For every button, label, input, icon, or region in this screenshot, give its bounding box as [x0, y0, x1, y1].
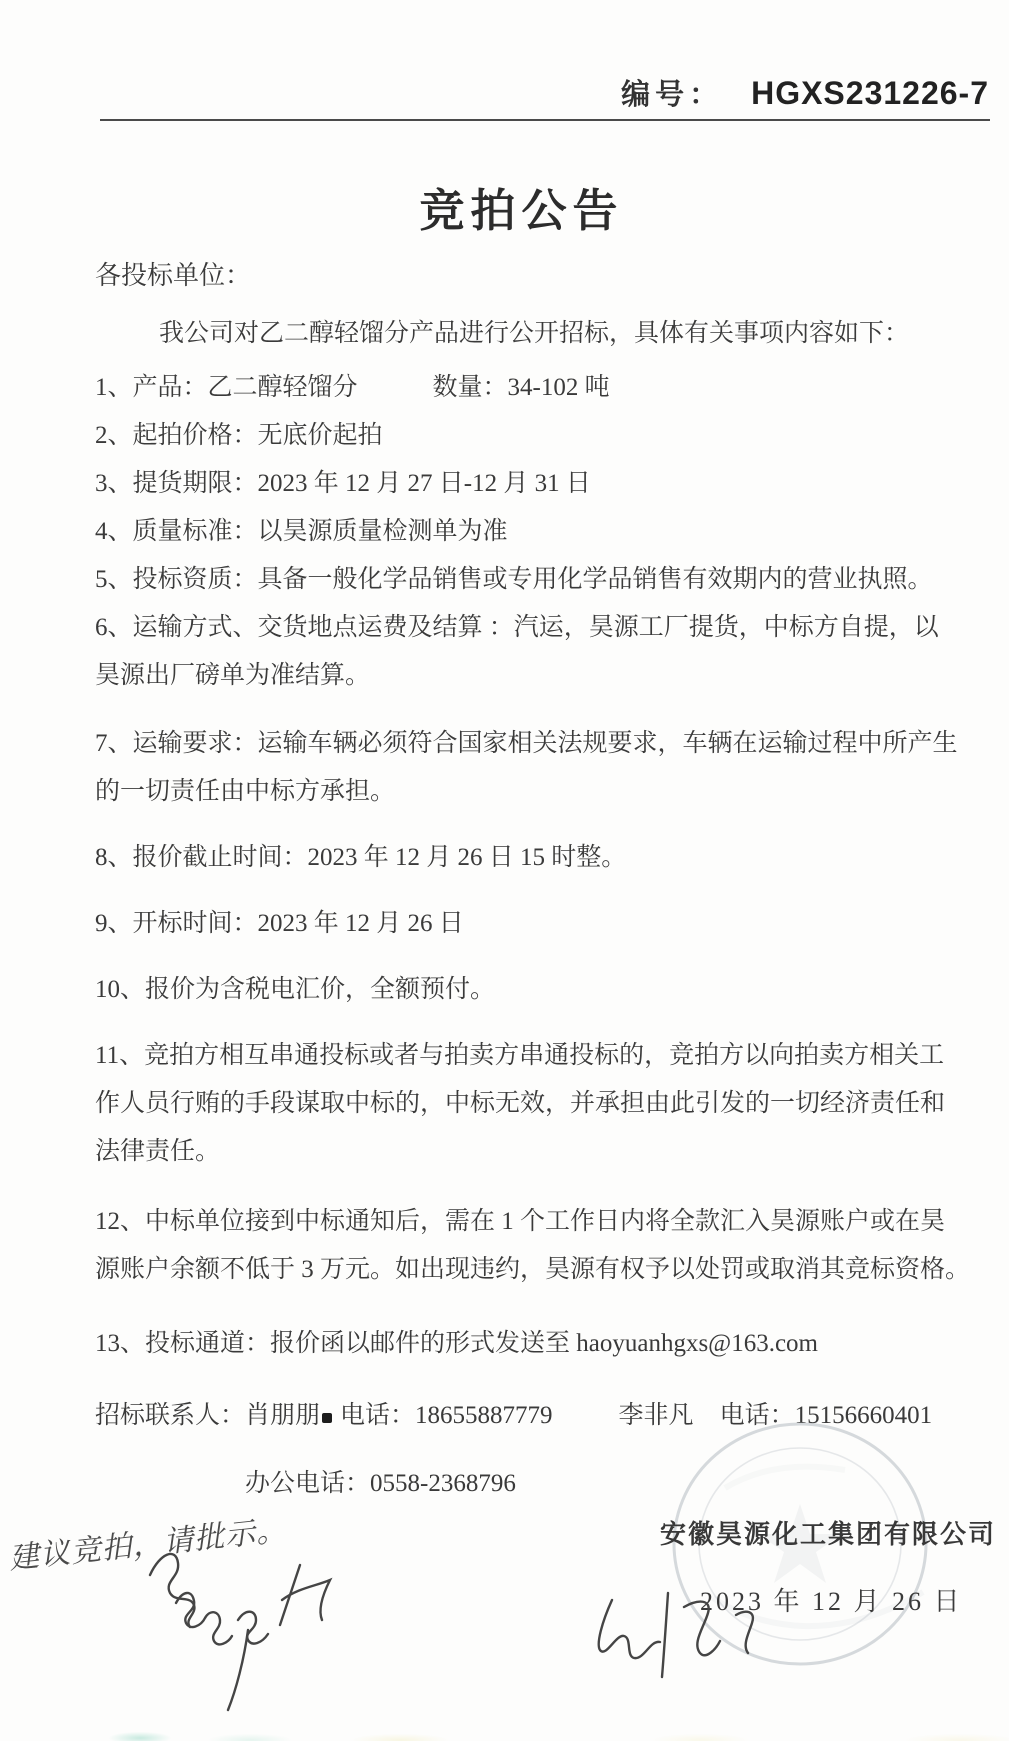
salutation: 各投标单位：	[95, 252, 1000, 300]
body-line-item12a: 12、中标单位接到中标通知后，需在 1 个工作日内将全款汇入昊源账户或在昊	[95, 1198, 1000, 1246]
body-line-item1: 1、产品：乙二醇轻馏分 数量：34-102 吨	[95, 364, 1000, 412]
bottom-scan-strip	[0, 1731, 1009, 1741]
body-line-item8: 8、报价截止时间：2023 年 12 月 26 日 15 时整。	[95, 834, 1000, 882]
office-phone-number: 0558-2368796	[370, 1470, 516, 1497]
header-divider-rule	[100, 119, 990, 121]
body-line-item6a: 6、运输方式、交货地点运费及结算 ：汽运，昊源工厂提货，中标方自提，以	[95, 604, 1000, 652]
body-line-item4: 4、质量标准：以昊源质量检测单为准	[95, 508, 1000, 556]
signature-1	[150, 1554, 330, 1710]
document-body: 各投标单位： 我公司对乙二醇轻馏分产品进行公开招标，具体有关事项内容如下： 1、…	[95, 252, 1000, 1508]
office-phone-label: 办公电话：	[245, 1470, 370, 1497]
document-number-label: 编号：	[621, 79, 723, 111]
body-line-item12b: 源账户余额不低于 3 万元。如出现违约，昊源有权予以处罚或取消其竞标资格。	[95, 1246, 1000, 1294]
body-line-item9: 9、开标时间：2023 年 12 月 26 日	[95, 900, 1000, 948]
scanned-document-page: 编号：HGXS231226-7 竞拍公告 各投标单位： 我公司对乙二醇轻馏分产品…	[0, 0, 1009, 1741]
body-line-item11a: 11、竞拍方相互串通投标或者与拍卖方串通投标的，竞拍方以向拍卖方相关工	[95, 1032, 1000, 1080]
contact-phone-1: 18655887779	[415, 1392, 553, 1440]
body-line-item10: 10、报价为含税电汇价，全额预付。	[95, 966, 1000, 1014]
document-number-row: 编号：HGXS231226-7	[621, 72, 989, 113]
body-line-item13: 13、投标通道：报价函以邮件的形式发送至 haoyuanhgxs@163.com	[95, 1320, 1000, 1368]
body-line-item2: 2、起拍价格：无底价起拍	[95, 412, 1000, 460]
page-title: 竞拍公告	[0, 174, 1009, 239]
body-line-item7b: 的一切责任由中标方承担。	[95, 768, 1000, 816]
body-line-item11b: 作人员行贿的手段谋取中标的，中标无效，并承担由此引发的一切经济责任和	[95, 1080, 1000, 1128]
body-line-item7a: 7、运输要求：运输车辆必须符合国家相关法规要求，车辆在运输过程中所产生	[95, 720, 1000, 768]
body-line-item5: 5、投标资质：具备一般化学品销售或专用化学品销售有效期内的营业执照。	[95, 556, 1000, 604]
signatures-layer	[0, 1495, 1009, 1741]
contact-label: 招标联系人：	[95, 1392, 245, 1440]
body-line-item6b: 昊源出厂磅单为准结算。	[95, 652, 1000, 700]
body-line-item3: 3、提货期限：2023 年 12 月 27 日-12 月 31 日	[95, 460, 1000, 508]
document-number-value: HGXS231226-7	[751, 75, 989, 111]
ink-dot-mark	[322, 1413, 332, 1423]
contact-phone-label-1: 电话：	[340, 1392, 415, 1440]
intro-paragraph: 我公司对乙二醇轻馏分产品进行公开招标，具体有关事项内容如下：	[95, 310, 1000, 358]
body-line-item11c: 法律责任。	[95, 1128, 1000, 1176]
signature-2	[599, 1593, 753, 1677]
contact-name-1: 肖朋朋	[245, 1392, 320, 1440]
